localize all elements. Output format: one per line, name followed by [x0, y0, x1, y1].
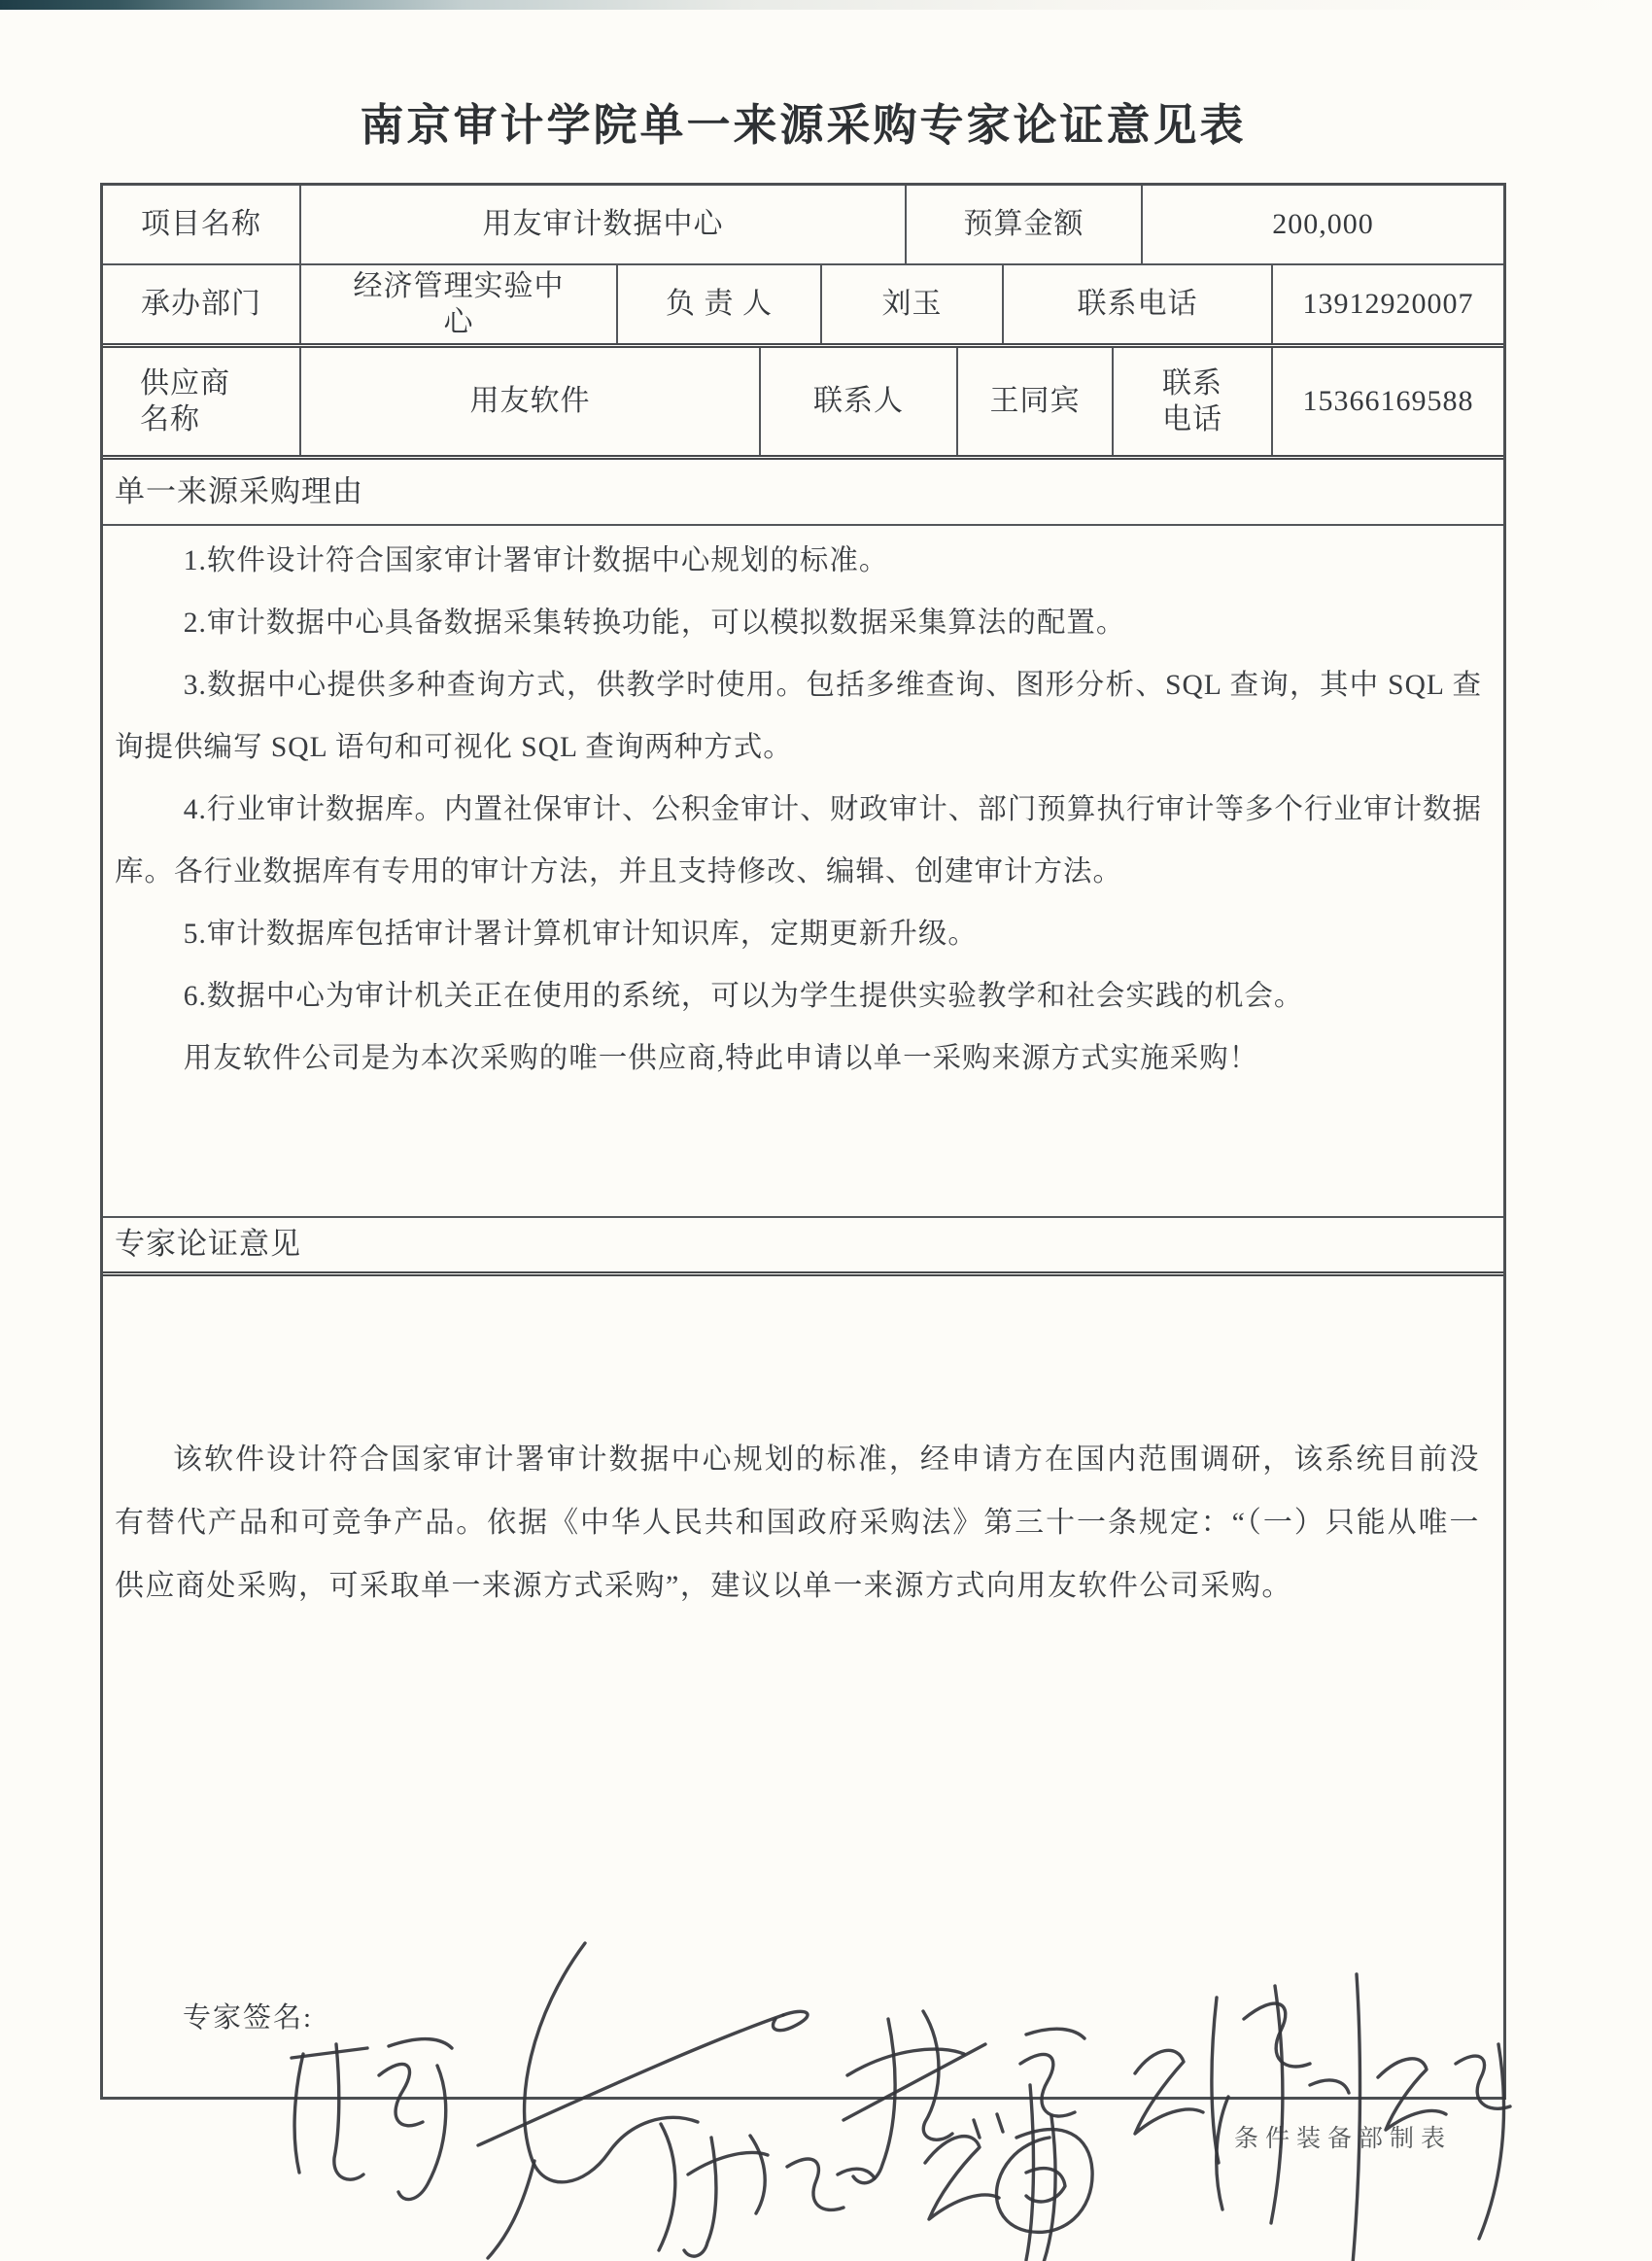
scan-artifact-top-edge	[0, 0, 1652, 10]
row-opinion-header: 专家论证意见	[103, 1218, 1503, 1276]
budget-value: 200,000	[1143, 186, 1503, 263]
phone-label: 联系电话	[1004, 265, 1273, 343]
handwritten-signatures	[243, 1930, 1526, 2261]
row-department: 承办部门 经济管理实验中 心 负 责 人 刘玉 联系电话 13912920007	[103, 265, 1503, 348]
row-project: 项目名称 用友审计数据中心 预算金额 200,000	[103, 186, 1503, 265]
manager-label: 负 责 人	[618, 265, 822, 343]
reason-item-4: 4.行业审计数据库。内置社保审计、公积金审计、财政审计、部门预算执行审计等多个行…	[115, 779, 1482, 903]
reason-section-title: 单一来源采购理由	[103, 460, 1503, 524]
document-title: 南京审计学院单一来源采购专家论证意见表	[100, 89, 1506, 153]
department-label: 承办部门	[103, 265, 301, 343]
project-name-value: 用友审计数据中心	[301, 186, 907, 263]
supplier-phone-label: 联系 电话	[1114, 348, 1273, 455]
phone-value: 13912920007	[1273, 265, 1503, 343]
scanned-document-page: 南京审计学院单一来源采购专家论证意见表 项目名称 用友审计数据中心 预算金额 2…	[0, 0, 1652, 2261]
reason-item-6: 6.数据中心为审计机关正在使用的系统，可以为学生提供实验教学和社会实践的机会。	[115, 965, 1482, 1027]
budget-label: 预算金额	[907, 186, 1143, 263]
department-value: 经济管理实验中 心	[301, 265, 618, 343]
row-reason-body: 1.软件设计符合国家审计署审计数据中心规划的标准。 2.审计数据中心具备数据采集…	[103, 526, 1503, 1218]
supplier-name-label: 供应商 名称	[103, 348, 301, 455]
opinion-section-title: 专家论证意见	[103, 1218, 1503, 1271]
reason-text: 1.软件设计符合国家审计署审计数据中心规划的标准。 2.审计数据中心具备数据采集…	[103, 526, 1503, 1090]
contact-label: 联系人	[761, 348, 958, 455]
reason-closing: 用友软件公司是为本次采购的唯一供应商,特此申请以单一采购来源方式实施采购！	[115, 1027, 1482, 1090]
reason-item-1: 1.软件设计符合国家审计署审计数据中心规划的标准。	[115, 530, 1482, 592]
reason-item-2: 2.审计数据中心具备数据采集转换功能，可以模拟数据采集算法的配置。	[115, 592, 1482, 654]
supplier-name-value: 用友软件	[301, 348, 761, 455]
opinion-text: 该软件设计符合国家审计署审计数据中心规划的标准，经申请方在国内范围调研，该系统目…	[103, 1276, 1503, 1617]
row-reason-header: 单一来源采购理由	[103, 460, 1503, 526]
supplier-phone-value: 15366169588	[1273, 348, 1503, 455]
opinion-paragraph: 该软件设计符合国家审计署审计数据中心规划的标准，经申请方在国内范围调研，该系统目…	[115, 1428, 1480, 1617]
reason-item-3: 3.数据中心提供多种查询方式，供教学时使用。包括多维查询、图形分析、SQL 查询…	[115, 654, 1482, 779]
form-table: 项目名称 用友审计数据中心 预算金额 200,000 承办部门 经济管理实验中 …	[100, 183, 1506, 2100]
contact-value: 王同宾	[958, 348, 1114, 455]
reason-item-5: 5.审计数据库包括审计署计算机审计知识库，定期更新升级。	[115, 903, 1482, 965]
manager-value: 刘玉	[822, 265, 1004, 343]
project-name-label: 项目名称	[103, 186, 301, 263]
row-supplier: 供应商 名称 用友软件 联系人 王同宾 联系 电话 15366169588	[103, 348, 1503, 460]
